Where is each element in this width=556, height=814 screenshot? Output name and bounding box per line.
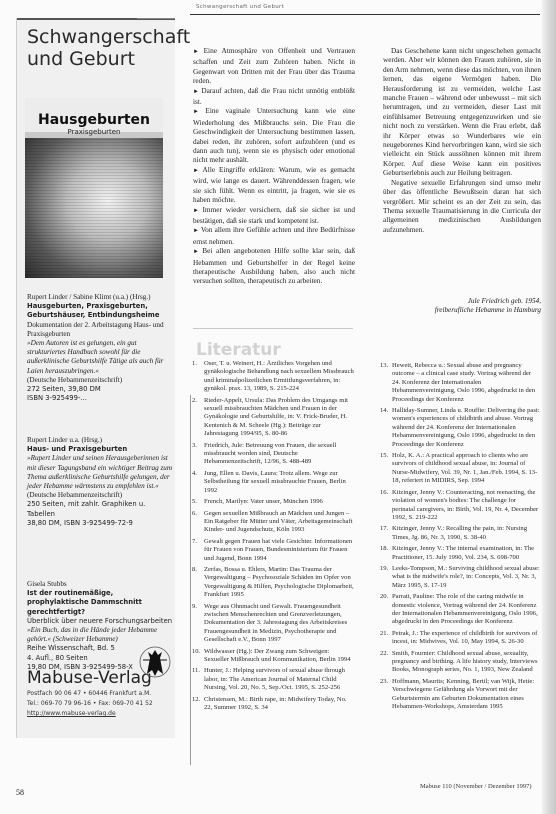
book-cover-image: Hausgeburten Praxisgeburten xyxy=(25,98,163,278)
book-isbn: ISBN 3-925499-... xyxy=(27,394,173,403)
book-details: 250 Seiten, mit zahlr. Graphiken u. Tabe… xyxy=(27,500,173,518)
reference-item: 11.Hunter, J.: Helping survivors of sexu… xyxy=(192,667,354,692)
publisher-logo-icon xyxy=(139,644,171,680)
bullet-item: Darauf achten, daß die Frau nicht unnöti… xyxy=(193,86,355,107)
reference-item: 16.Kitzinger, Jenny V.: Counteracting, n… xyxy=(380,489,540,523)
reference-item: 14.Halliday-Sumner, Linda u. Rouffie: De… xyxy=(380,407,540,449)
author-signature: Jule Friedrich geb. 1954, freiberufliche… xyxy=(383,297,541,316)
reference-item: 4.Jung, Ellen u. Davis, Laura: Trotz all… xyxy=(192,470,354,495)
reference-item: 10.Wildwasser (Hg.): Der Zwang zum Schwe… xyxy=(192,648,354,665)
page-footer: Mabuse 110 (November / Dezember 1997) xyxy=(420,783,532,790)
page-number: 58 xyxy=(16,788,24,797)
publisher-url[interactable]: http://www.mabuse-verlag.de xyxy=(27,710,173,718)
reference-item: 1.Oser, T. u. Weinert, H.: Ärztliches Vo… xyxy=(192,360,354,394)
book-authors: Rupert Linder / Sabine Klimt (u.a.) (Hrs… xyxy=(27,293,173,302)
reference-item: 19.Leeks-Tompson, M.: Surviving childhoo… xyxy=(380,565,540,590)
book-entry-1: Rupert Linder / Sabine Klimt (u.a.) (Hrs… xyxy=(27,293,173,403)
book-quote-source: (Deutsche Hebammenzeitschrift) xyxy=(27,376,173,385)
reference-item: 12.Christensen, M.: Birth rape, in: Midw… xyxy=(192,696,354,713)
reference-item: 5.French, Marilyn: Vater unser, München … xyxy=(192,498,354,506)
book-title: Haus- und Praxisgeburten xyxy=(27,445,173,454)
book-entry-2: Rupert Linder u.a. (Hrsg.) Haus- und Pra… xyxy=(27,436,173,528)
book-title: Hausgeburten, Praxisgeburten, Geburtshäu… xyxy=(27,302,173,320)
bullet-item: Alle Eingriffe erklären: Warum, wie es g… xyxy=(193,165,355,205)
sidebar-rule-accent xyxy=(137,18,175,19)
reference-item: 8.Zerfas, Bossa u. Ehlers, Martin: Das T… xyxy=(192,566,354,600)
book-isbn: 38,80 DM, ISBN 3-925499-72-9 xyxy=(27,519,173,528)
reference-item: 23.Hoffmann, Maurits; Kenning, Bertil; v… xyxy=(380,678,540,712)
book-quote: »Dem Autoren ist es gelungen, ein gut st… xyxy=(27,339,173,376)
reference-item: 13.Hewett, Rebecca u.: Sexual abuse and … xyxy=(380,362,540,404)
cover-title: Hausgeburten xyxy=(25,112,163,128)
reference-item: 7.Gewalt gegen Frauen hat viele Gesichte… xyxy=(192,538,354,563)
book-authors: Gisela Stubbs xyxy=(27,580,173,589)
reference-item: 22.Smith, Fournier: Childhood sexual abu… xyxy=(380,650,540,675)
publisher-ad-sidebar: Schwangerschaft und Geburt Hausgeburten … xyxy=(16,18,175,738)
paragraph: Das Geschehene kann nicht ungeschehen ge… xyxy=(383,46,541,178)
column-divider xyxy=(190,395,191,765)
publisher-phone: Tel.: 069-70 79 96-16 • Fax: 069-70 41 5… xyxy=(27,700,173,708)
reference-item: 17.Kitzinger, Jenny V.: Recalling the pa… xyxy=(380,525,540,542)
reference-item: 3.Friedrich, Jule: Betreuung von Frauen,… xyxy=(192,442,354,467)
bullet-item: Eine Atmosphäre von Offenheit und Vertra… xyxy=(193,46,355,86)
header-rule xyxy=(190,14,540,15)
running-head: Schwangerschaft und Geburt xyxy=(196,4,284,10)
reference-item: 15.Holz, K. A.: A practical approach to … xyxy=(380,452,540,486)
book-authors: Rupert Linder u.a. (Hrsg.) xyxy=(27,436,173,445)
bullet-item: Immer wieder versichern, daß sie sicher … xyxy=(193,205,355,226)
literature-list-left: 1.Oser, T. u. Weinert, H.: Ärztliches Vo… xyxy=(192,360,354,715)
reference-item: 20.Parratt, Pauline: The role of the car… xyxy=(380,593,540,627)
book-details: 272 Seiten, 39,80 DM xyxy=(27,385,173,394)
book-subtitle: Dokumentation der 2. Arbeitstagung Haus-… xyxy=(27,321,173,339)
cover-photo xyxy=(25,138,163,278)
literature-heading: Literatur xyxy=(196,340,281,360)
reference-item: 21.Petrak, J.: The experience of childbi… xyxy=(380,630,540,647)
bullet-item: Bei allen angebotenen Hilfe sollte klar … xyxy=(193,246,355,286)
article-column-2: Das Geschehene kann nicht ungeschehen ge… xyxy=(383,46,541,234)
reference-item: 6.Gegen sexuellen Mißbrauch an Mädchen u… xyxy=(192,510,354,535)
bullet-item: Eine vaginale Untersuchung kann wie eine… xyxy=(193,106,355,164)
book-quote-source: (Deutsche Hebammenzeitschrift) xyxy=(27,491,173,500)
bullet-item: Von allem ihre Gefühle achten und ihre B… xyxy=(193,225,355,246)
book-title: Ist der routinemäßige, prophylaktische D… xyxy=(27,589,173,617)
paragraph: Negative sexuelle Erfahrungen sind umso … xyxy=(383,178,541,234)
publisher-address: Postfach 90 06 47 • 60446 Frankfurt a.M. xyxy=(27,690,173,698)
scan-shadow xyxy=(542,0,556,814)
cover-subtitle: Praxisgeburten xyxy=(25,128,163,136)
magazine-page: Schwangerschaft und Geburt Schwangerscha… xyxy=(0,0,556,814)
book-quote: »Ein Buch, das in die Hände jeder Hebamm… xyxy=(27,626,173,644)
author-role: freiberufliche Hebamme in Hamburg xyxy=(383,306,541,315)
reference-item: 18.Kitzinger, Jenny V.: The internal exa… xyxy=(380,545,540,562)
publisher-block: Mabuse-Verlag Postfach 90 06 47 • 60446 … xyxy=(27,668,173,718)
literature-rule xyxy=(193,328,353,329)
section-title: Schwangerschaft und Geburt xyxy=(27,26,177,70)
reference-item: 9.Wege aus Ohnmacht und Gewalt. Frauenge… xyxy=(192,603,354,645)
author-name: Jule Friedrich geb. 1954, xyxy=(383,297,541,306)
reference-item: 2.Rieder-Appelt, Ursula: Das Problem des… xyxy=(192,397,354,439)
literature-list-right: 13.Hewett, Rebecca u.: Sexual abuse and … xyxy=(380,362,540,714)
book-quote: »Rupert Linder und seinen Herausgeberinn… xyxy=(27,454,173,491)
article-column-1: Eine Atmosphäre von Offenheit und Vertra… xyxy=(193,46,355,286)
book-subtitle: Überblick über neuere Forschungsarbeiten xyxy=(27,617,173,626)
